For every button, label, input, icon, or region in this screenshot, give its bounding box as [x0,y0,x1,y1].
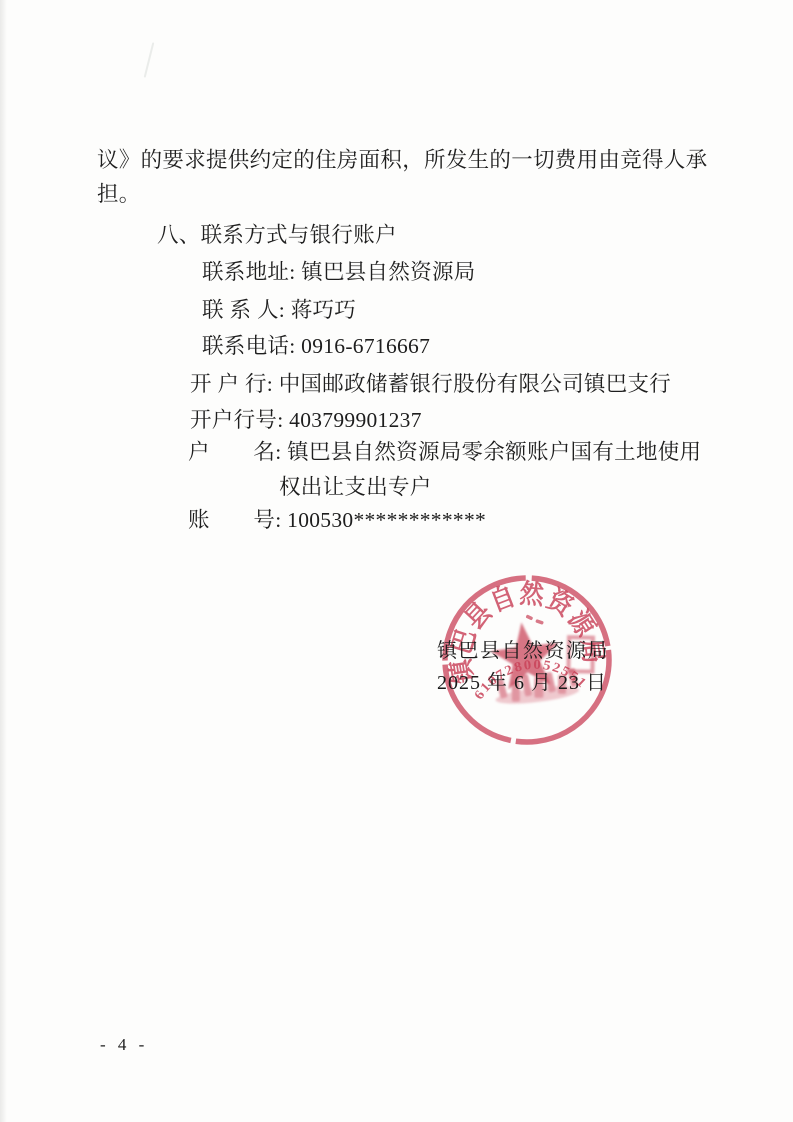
paragraph-line-2: 担。 [97,184,141,206]
scan-artifact-mark [144,42,155,77]
signature-date: 2025 年 6 月 23 日 [437,673,607,693]
account-number-line: 账 号: 100530************ [188,510,486,532]
contact-address-line: 联系地址: 镇巴县自然资源局 [202,262,476,284]
page-number: - 4 - [100,1035,148,1055]
account-name-line-2: 权出让支出专户 [279,477,432,499]
contact-phone-line: 联系电话: 0916-6716667 [202,336,430,358]
bank-branch-number-line: 开户行号: 403799901237 [190,410,422,432]
bank-name-line: 开 户 行: 中国邮政储蓄银行股份有限公司镇巴支行 [190,374,671,396]
account-name-line-1: 户 名: 镇巴县自然资源局零余额账户国有土地使用 [188,442,701,464]
section-heading: 八、联系方式与银行账户 [157,225,397,247]
paragraph-line-1: 议》的要求提供约定的住房面积，所发生的一切费用由竞得人承 [97,150,707,172]
contact-person-line: 联 系 人: 蒋巧巧 [202,300,356,322]
page-edge-shadow [0,0,7,1122]
seal-dash-marks [525,612,544,626]
signature-organization: 镇巴县自然资源局 [437,641,609,661]
